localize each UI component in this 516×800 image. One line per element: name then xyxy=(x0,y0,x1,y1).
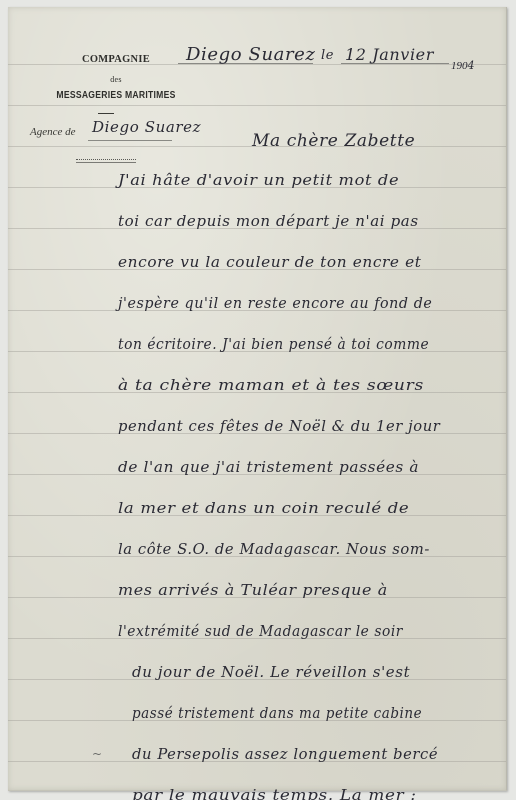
dateline-year-printed: 1904 xyxy=(451,59,475,72)
dateline-le: le xyxy=(321,48,334,63)
letter-line: de l'an que j'ai tristement passées à xyxy=(118,458,419,476)
letter-line: à ta chère maman et à tes sœurs xyxy=(118,376,424,394)
letter-line: la mer et dans un coin reculé de xyxy=(118,499,409,517)
letterhead-agency-label: Agence de xyxy=(30,126,76,138)
agency-fill-line xyxy=(88,140,172,141)
letter-line: j'espère qu'il en reste encore au fond d… xyxy=(118,294,432,312)
letterhead-des: des xyxy=(66,75,166,84)
letter-line: passé tristement dans ma petite cabine xyxy=(132,704,422,722)
dateline-day-month: 12 Janvier xyxy=(345,45,434,64)
letterhead-divider xyxy=(98,113,114,114)
letter-line: J'ai hâte d'avoir un petit mot de xyxy=(118,171,399,189)
letter-line: par le mauvais temps. La mer : xyxy=(132,786,417,800)
letter-line: du jour de Noël. Le réveillon s'est xyxy=(132,663,410,681)
letter-line: la côte S.O. de Madagascar. Nous som- xyxy=(118,540,430,558)
stray-ink-mark: ~ xyxy=(92,747,102,761)
letterhead-company: COMPAGNIE xyxy=(69,53,164,65)
letter-line: encore vu la couleur de ton encre et xyxy=(118,253,422,271)
letter-line: l'extrémité sud de Madagascar le soir xyxy=(118,622,403,640)
salutation: Ma chère Zabette xyxy=(252,131,415,151)
letter-line: du Persepolis assez longuement bercé xyxy=(132,745,438,763)
letter-line: mes arrivés à Tuléar presque à xyxy=(118,581,388,599)
letter-page: COMPAGNIE des MESSAGERIES MARITIMES Agen… xyxy=(8,7,507,791)
ruled-line xyxy=(8,105,506,106)
letter-line: ton écritoire. J'ai bien pensé à toi com… xyxy=(118,335,429,353)
letter-line: pendant ces fêtes de Noël & du 1er jour xyxy=(118,417,440,435)
letter-line: toi car depuis mon départ je n'ai pas xyxy=(118,212,419,230)
letterhead-ornament xyxy=(76,159,136,163)
dateline-place: Diego Suarez xyxy=(186,44,316,65)
agency-handwritten: Diego Suarez xyxy=(92,118,201,136)
letterhead-messageries-maritimes: MESSAGERIES MARITIMES xyxy=(54,90,178,101)
dateline-year-handwritten: 4 xyxy=(468,59,475,72)
